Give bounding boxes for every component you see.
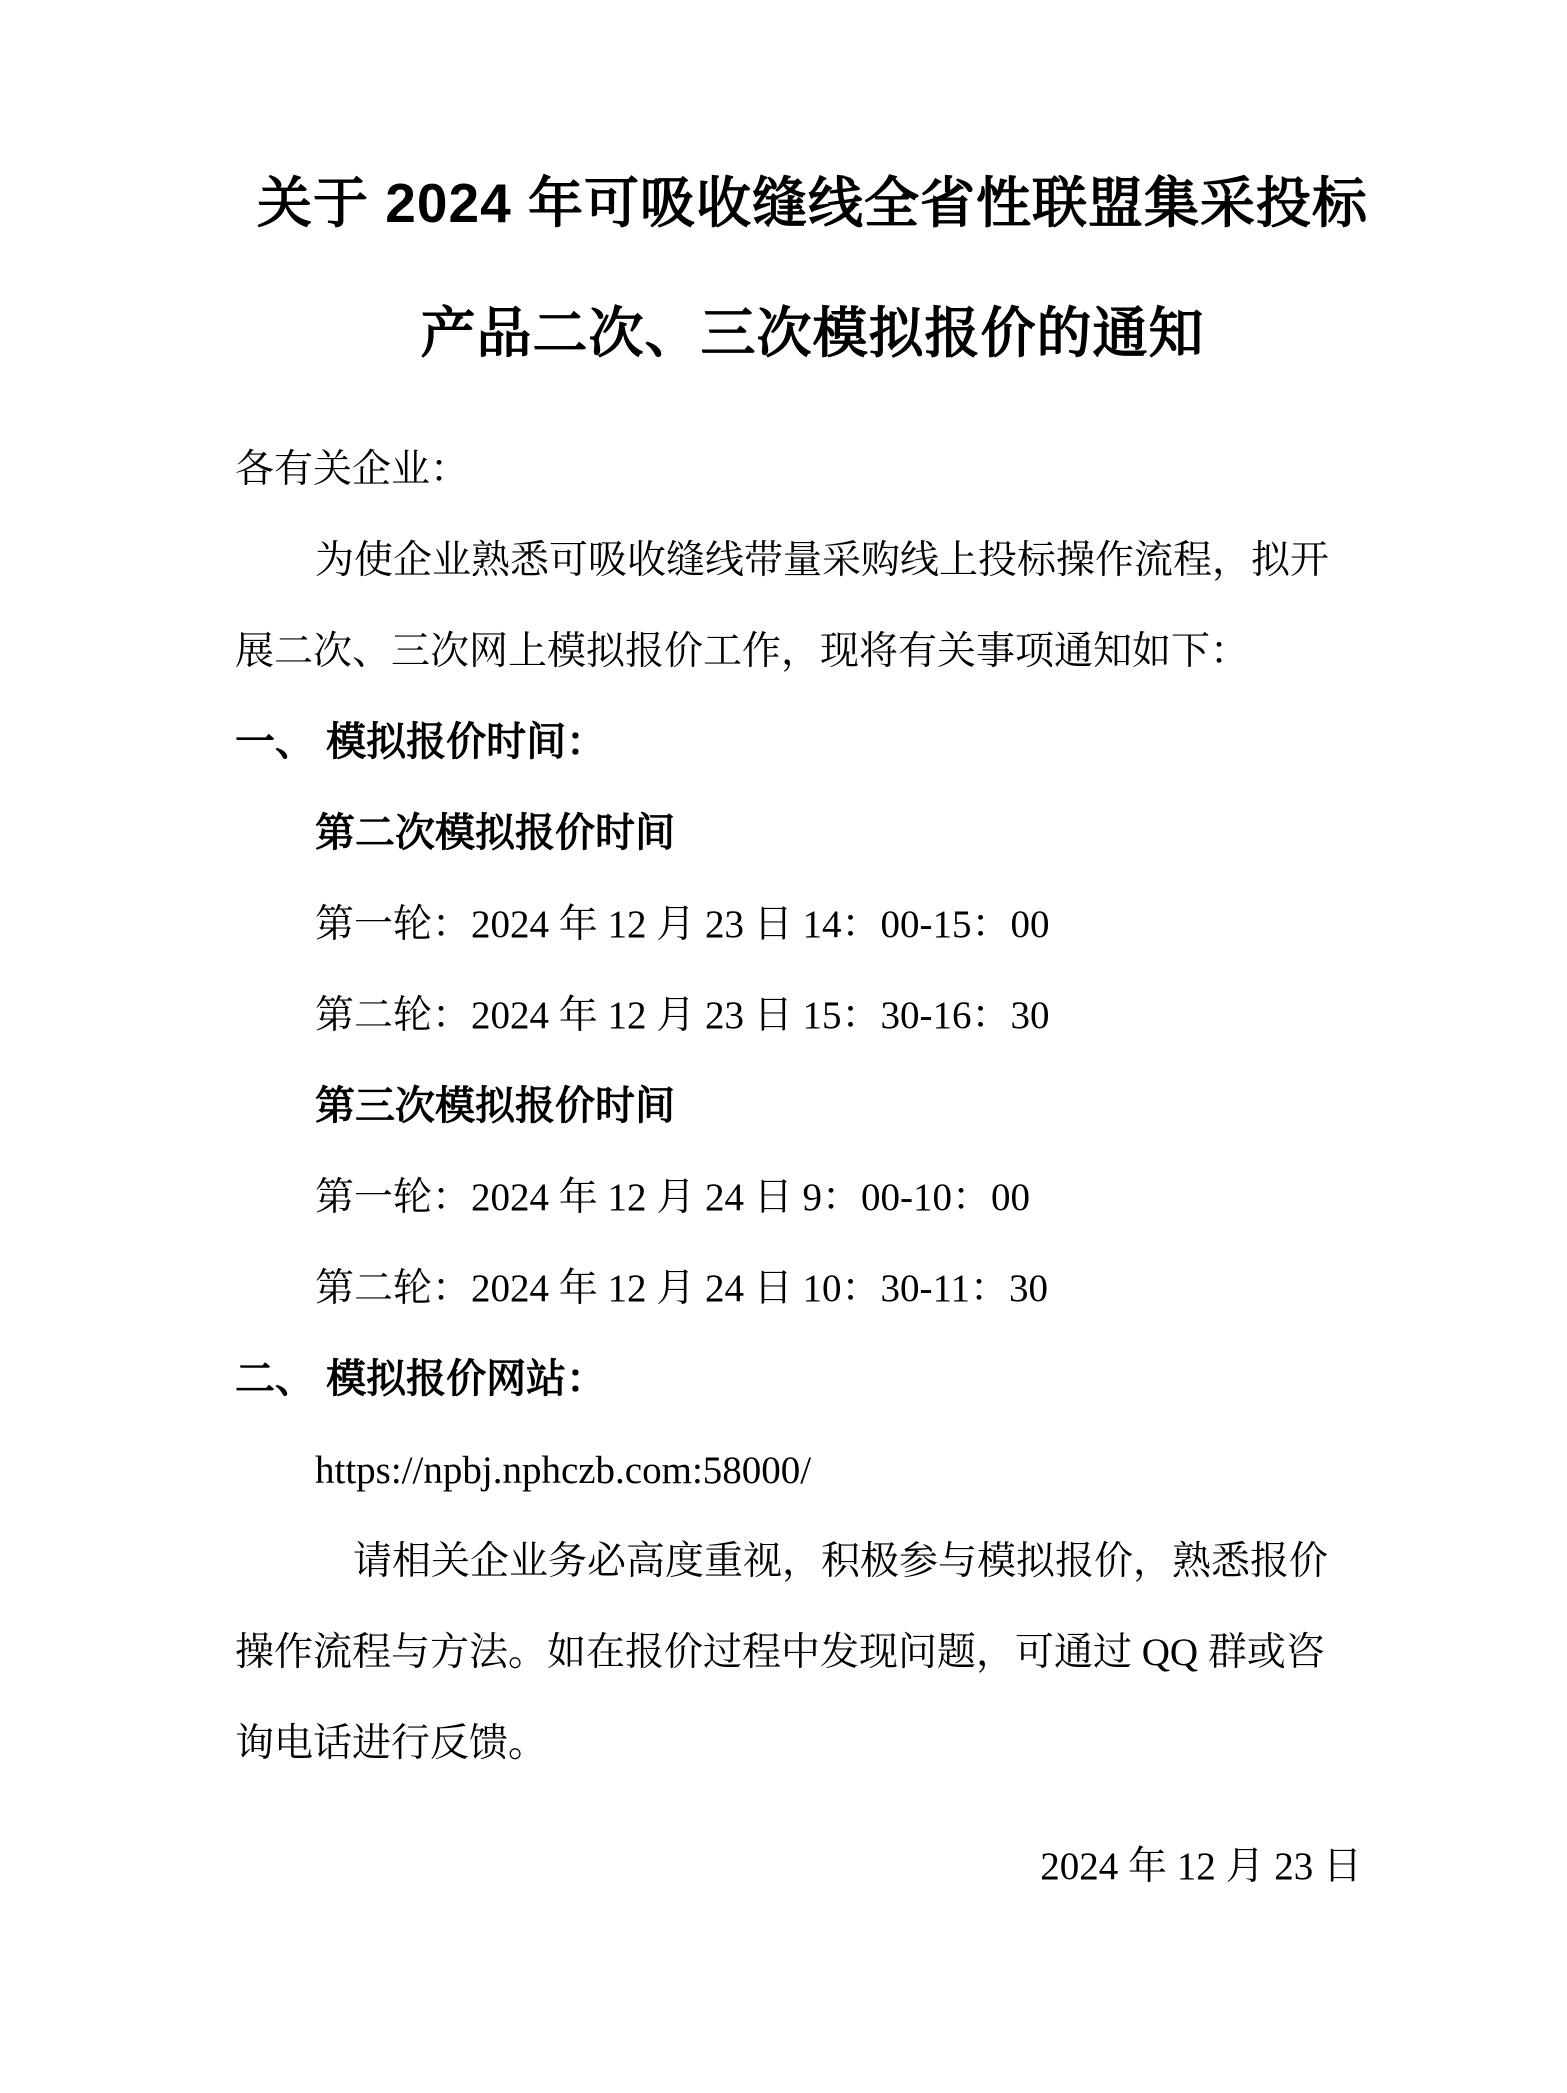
salutation: 各有关企业： <box>235 424 1390 515</box>
second-mock-subheading: 第二次模拟报价时间 <box>235 788 1390 879</box>
section-2-heading: 二、 模拟报价网站： <box>235 1334 1390 1425</box>
third-mock-round-1-time: 第一轮：2024 年 12 月 24 日 9：00-10：00 <box>235 1152 1390 1243</box>
website-url: https://npbj.nphczb.com:58000/ <box>235 1425 1390 1516</box>
document-title: 关于 2024 年可吸收缝线全省性联盟集采投标 产品二次、三次模拟报价的通知 <box>235 138 1390 398</box>
third-mock-round-2-time: 第二轮：2024 年 12 月 24 日 10：30-11：30 <box>235 1243 1390 1334</box>
second-mock-round-1-time: 第一轮：2024 年 12 月 23 日 14：00-15：00 <box>235 879 1390 970</box>
intro-paragraph-line-1: 为使企业熟悉可吸收缝线带量采购线上投标操作流程，拟开 <box>235 515 1390 606</box>
closing-paragraph-line-1: 请相关企业务必高度重视，积极参与模拟报价，熟悉报价 <box>235 1516 1390 1607</box>
document-page: 关于 2024 年可吸收缝线全省性联盟集采投标 产品二次、三次模拟报价的通知 各… <box>0 0 1567 2093</box>
title-line-1: 关于 2024 年可吸收缝线全省性联盟集采投标 <box>235 138 1390 268</box>
title-line-2: 产品二次、三次模拟报价的通知 <box>235 268 1390 398</box>
second-mock-round-2-time: 第二轮：2024 年 12 月 23 日 15：30-16：30 <box>235 970 1390 1061</box>
document-body: 各有关企业： 为使企业熟悉可吸收缝线带量采购线上投标操作流程，拟开 展二次、三次… <box>235 424 1390 1912</box>
intro-paragraph-line-2: 展二次、三次网上模拟报价工作，现将有关事项通知如下： <box>235 606 1390 697</box>
date-line: 2024 年 12 月 23 日 <box>235 1821 1390 1912</box>
section-1-heading: 一、 模拟报价时间： <box>235 697 1390 788</box>
closing-paragraph-line-2: 操作流程与方法。如在报价过程中发现问题，可通过 QQ 群或咨 <box>235 1607 1390 1698</box>
third-mock-subheading: 第三次模拟报价时间 <box>235 1061 1390 1152</box>
closing-paragraph-line-3: 询电话进行反馈。 <box>235 1698 1390 1789</box>
